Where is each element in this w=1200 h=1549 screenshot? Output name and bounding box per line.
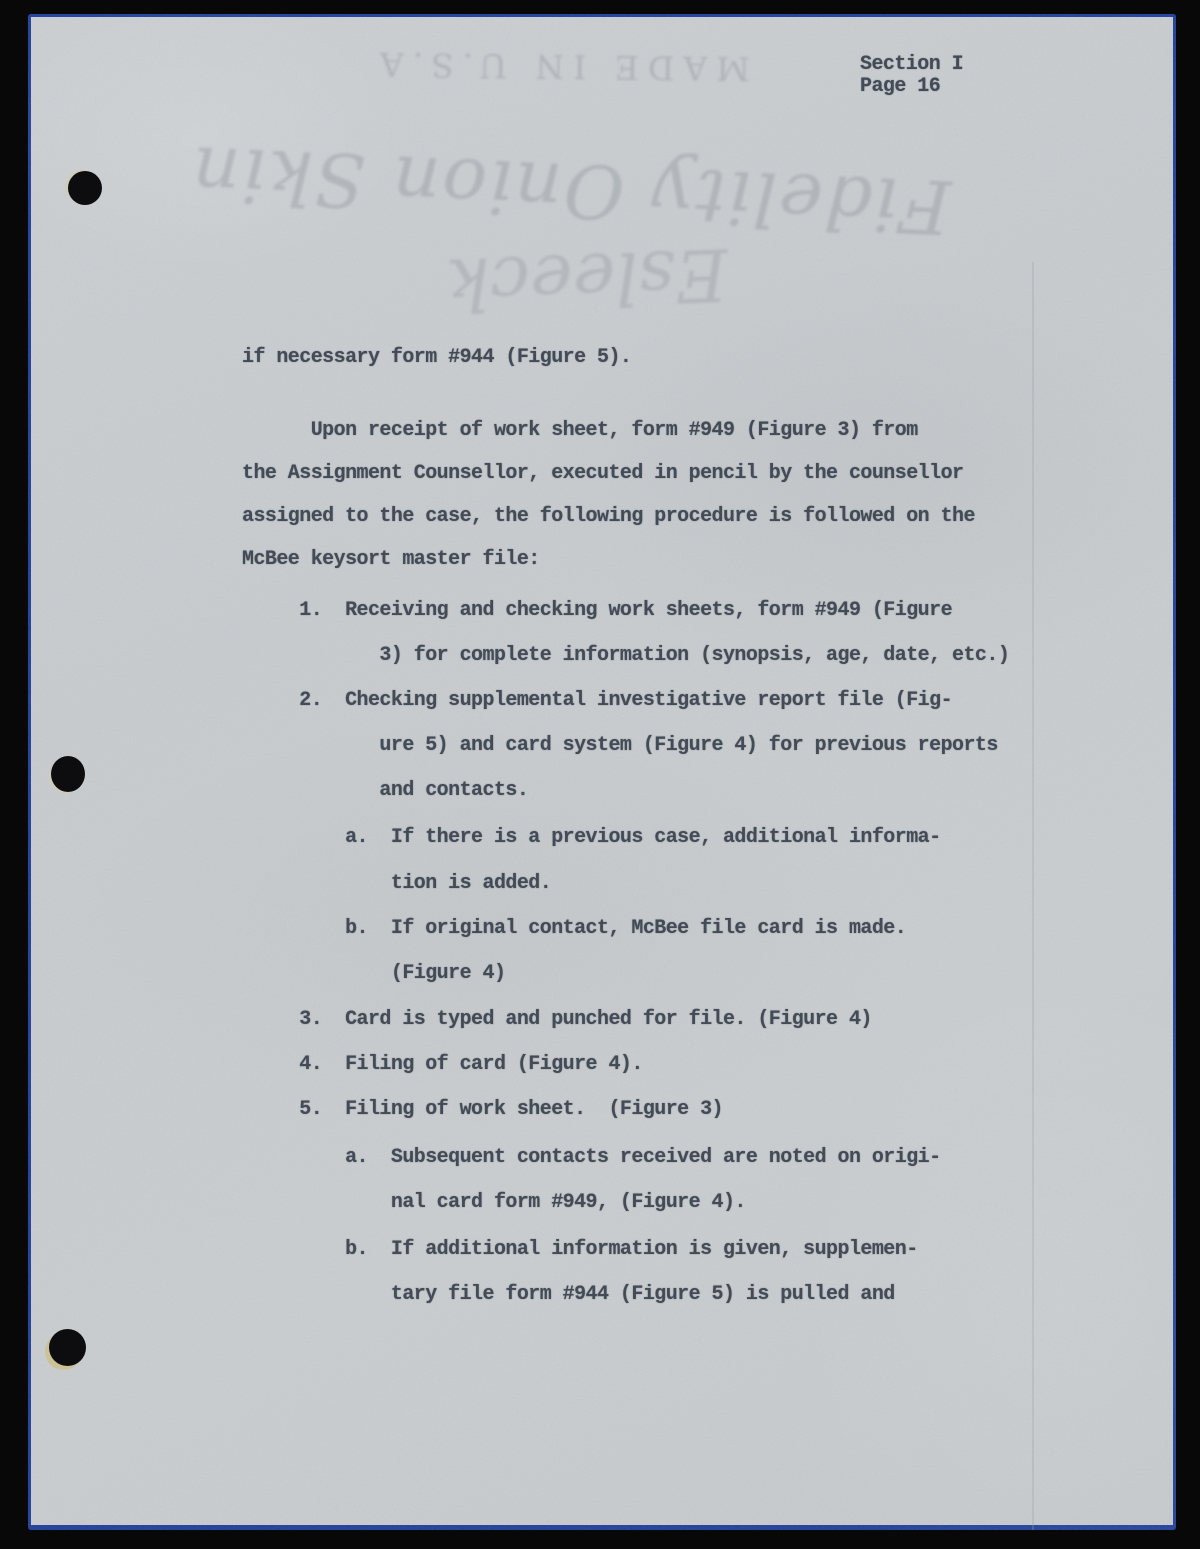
typed-line: nal card form #949, (Figure 4). — [242, 1191, 746, 1214]
typed-line: if necessary form #944 (Figure 5). — [242, 346, 631, 369]
hole-punch-bottom — [49, 1329, 86, 1366]
typed-line: 5. Filing of work sheet. (Figure 3) — [242, 1098, 723, 1121]
typed-line: a. If there is a previous case, addition… — [242, 826, 941, 849]
typed-line: 1. Receiving and checking work sheets, f… — [242, 599, 952, 622]
typed-line: 4. Filing of card (Figure 4). — [242, 1053, 643, 1076]
typed-line: tary file form #944 (Figure 5) is pulled… — [242, 1283, 895, 1306]
page-header-page-number: Page 16 — [860, 75, 940, 98]
hole-punch-top — [68, 171, 102, 205]
typed-line: and contacts. — [242, 779, 528, 802]
hole-punch-middle — [51, 756, 85, 792]
typed-line: the Assignment Counsellor, executed in p… — [242, 462, 963, 485]
typed-line: b. If original contact, McBee file card … — [242, 917, 906, 940]
typed-line: McBee keysort master file: — [242, 548, 540, 571]
typed-line: ure 5) and card system (Figure 4) for pr… — [242, 734, 998, 757]
typed-line: 3) for complete information (synopsis, a… — [242, 644, 1009, 667]
typed-line: tion is added. — [242, 872, 551, 895]
typed-line: assigned to the case, the following proc… — [242, 505, 975, 528]
typed-line: b. If additional information is given, s… — [242, 1238, 918, 1261]
typed-line: 2. Checking supplemental investigative r… — [242, 689, 952, 712]
scanned-document: MADE IN U.S.A Fidelity Onion Skin Esleec… — [0, 0, 1200, 1549]
typed-line: (Figure 4) — [242, 962, 505, 985]
page-header-section: Section I — [860, 53, 963, 76]
typed-line: a. Subsequent contacts received are note… — [242, 1146, 941, 1169]
typed-line: Upon receipt of work sheet, form #949 (F… — [242, 419, 918, 442]
typed-line: 3. Card is typed and punched for file. (… — [242, 1008, 872, 1031]
